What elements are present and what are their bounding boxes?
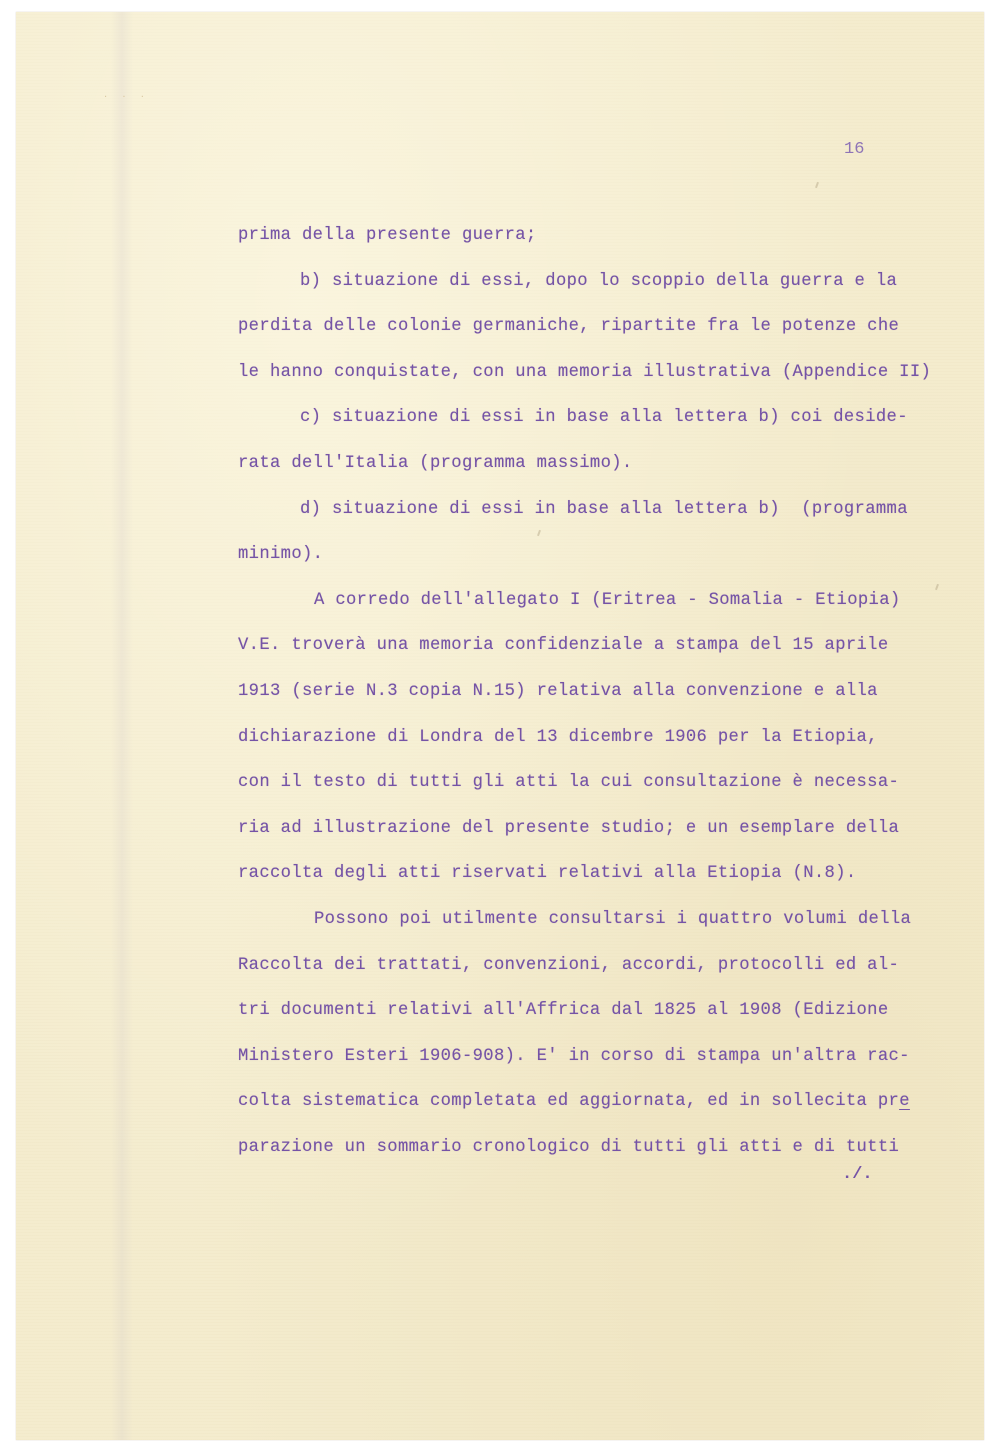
text-line: colta sistematica completata ed aggiorna… bbox=[238, 1088, 998, 1134]
text-line: dichiarazione di Londra del 13 dicembre … bbox=[238, 724, 998, 770]
text-line: Raccolta dei trattati, convenzioni, acco… bbox=[238, 952, 998, 998]
text-line: perdita delle colonie germaniche, ripart… bbox=[238, 313, 998, 359]
text-line: raccolta degli atti riservati relativi a… bbox=[238, 860, 998, 906]
text-line: 1913 (serie N.3 copia N.15) relativa all… bbox=[238, 678, 998, 724]
document-page: · · · 16 prima della presente guerra; b)… bbox=[16, 12, 984, 1440]
page-number: 16 bbox=[844, 140, 864, 159]
text-line: tri documenti relativi all'Affrica dal 1… bbox=[238, 997, 998, 1043]
text-line: d) situazione di essi in base alla lette… bbox=[238, 496, 998, 542]
typewritten-body: prima della presente guerra; b) situazio… bbox=[238, 222, 998, 1179]
text-line: rata dell'Italia (programma massimo). bbox=[238, 450, 998, 496]
text-line: A corredo dell'allegato I (Eritrea - Som… bbox=[238, 587, 998, 633]
text-line: minimo). bbox=[238, 541, 998, 587]
text-line: Ministero Esteri 1906-908). E' in corso … bbox=[238, 1043, 998, 1089]
underlined-letter: e bbox=[899, 1092, 910, 1111]
text-line: c) situazione di essi in base alla lette… bbox=[238, 404, 998, 450]
continuation-mark: ./. bbox=[842, 1165, 873, 1184]
text-line: Possono poi utilmente consultarsi i quat… bbox=[238, 906, 998, 952]
text-line: parazione un sommario cronologico di tut… bbox=[238, 1134, 998, 1180]
punch-marks: · · · bbox=[104, 92, 150, 103]
text-line: con il testo di tutti gli atti la cui co… bbox=[238, 769, 998, 815]
text-line: b) situazione di essi, dopo lo scoppio d… bbox=[238, 268, 998, 314]
text-line: ria ad illustrazione del presente studio… bbox=[238, 815, 998, 861]
text-line: V.E. troverà una memoria confidenziale a… bbox=[238, 632, 998, 678]
paper-speck bbox=[815, 182, 819, 188]
text-line: le hanno conquistate, con una memoria il… bbox=[238, 359, 998, 405]
text-line: prima della presente guerra; bbox=[238, 222, 998, 268]
